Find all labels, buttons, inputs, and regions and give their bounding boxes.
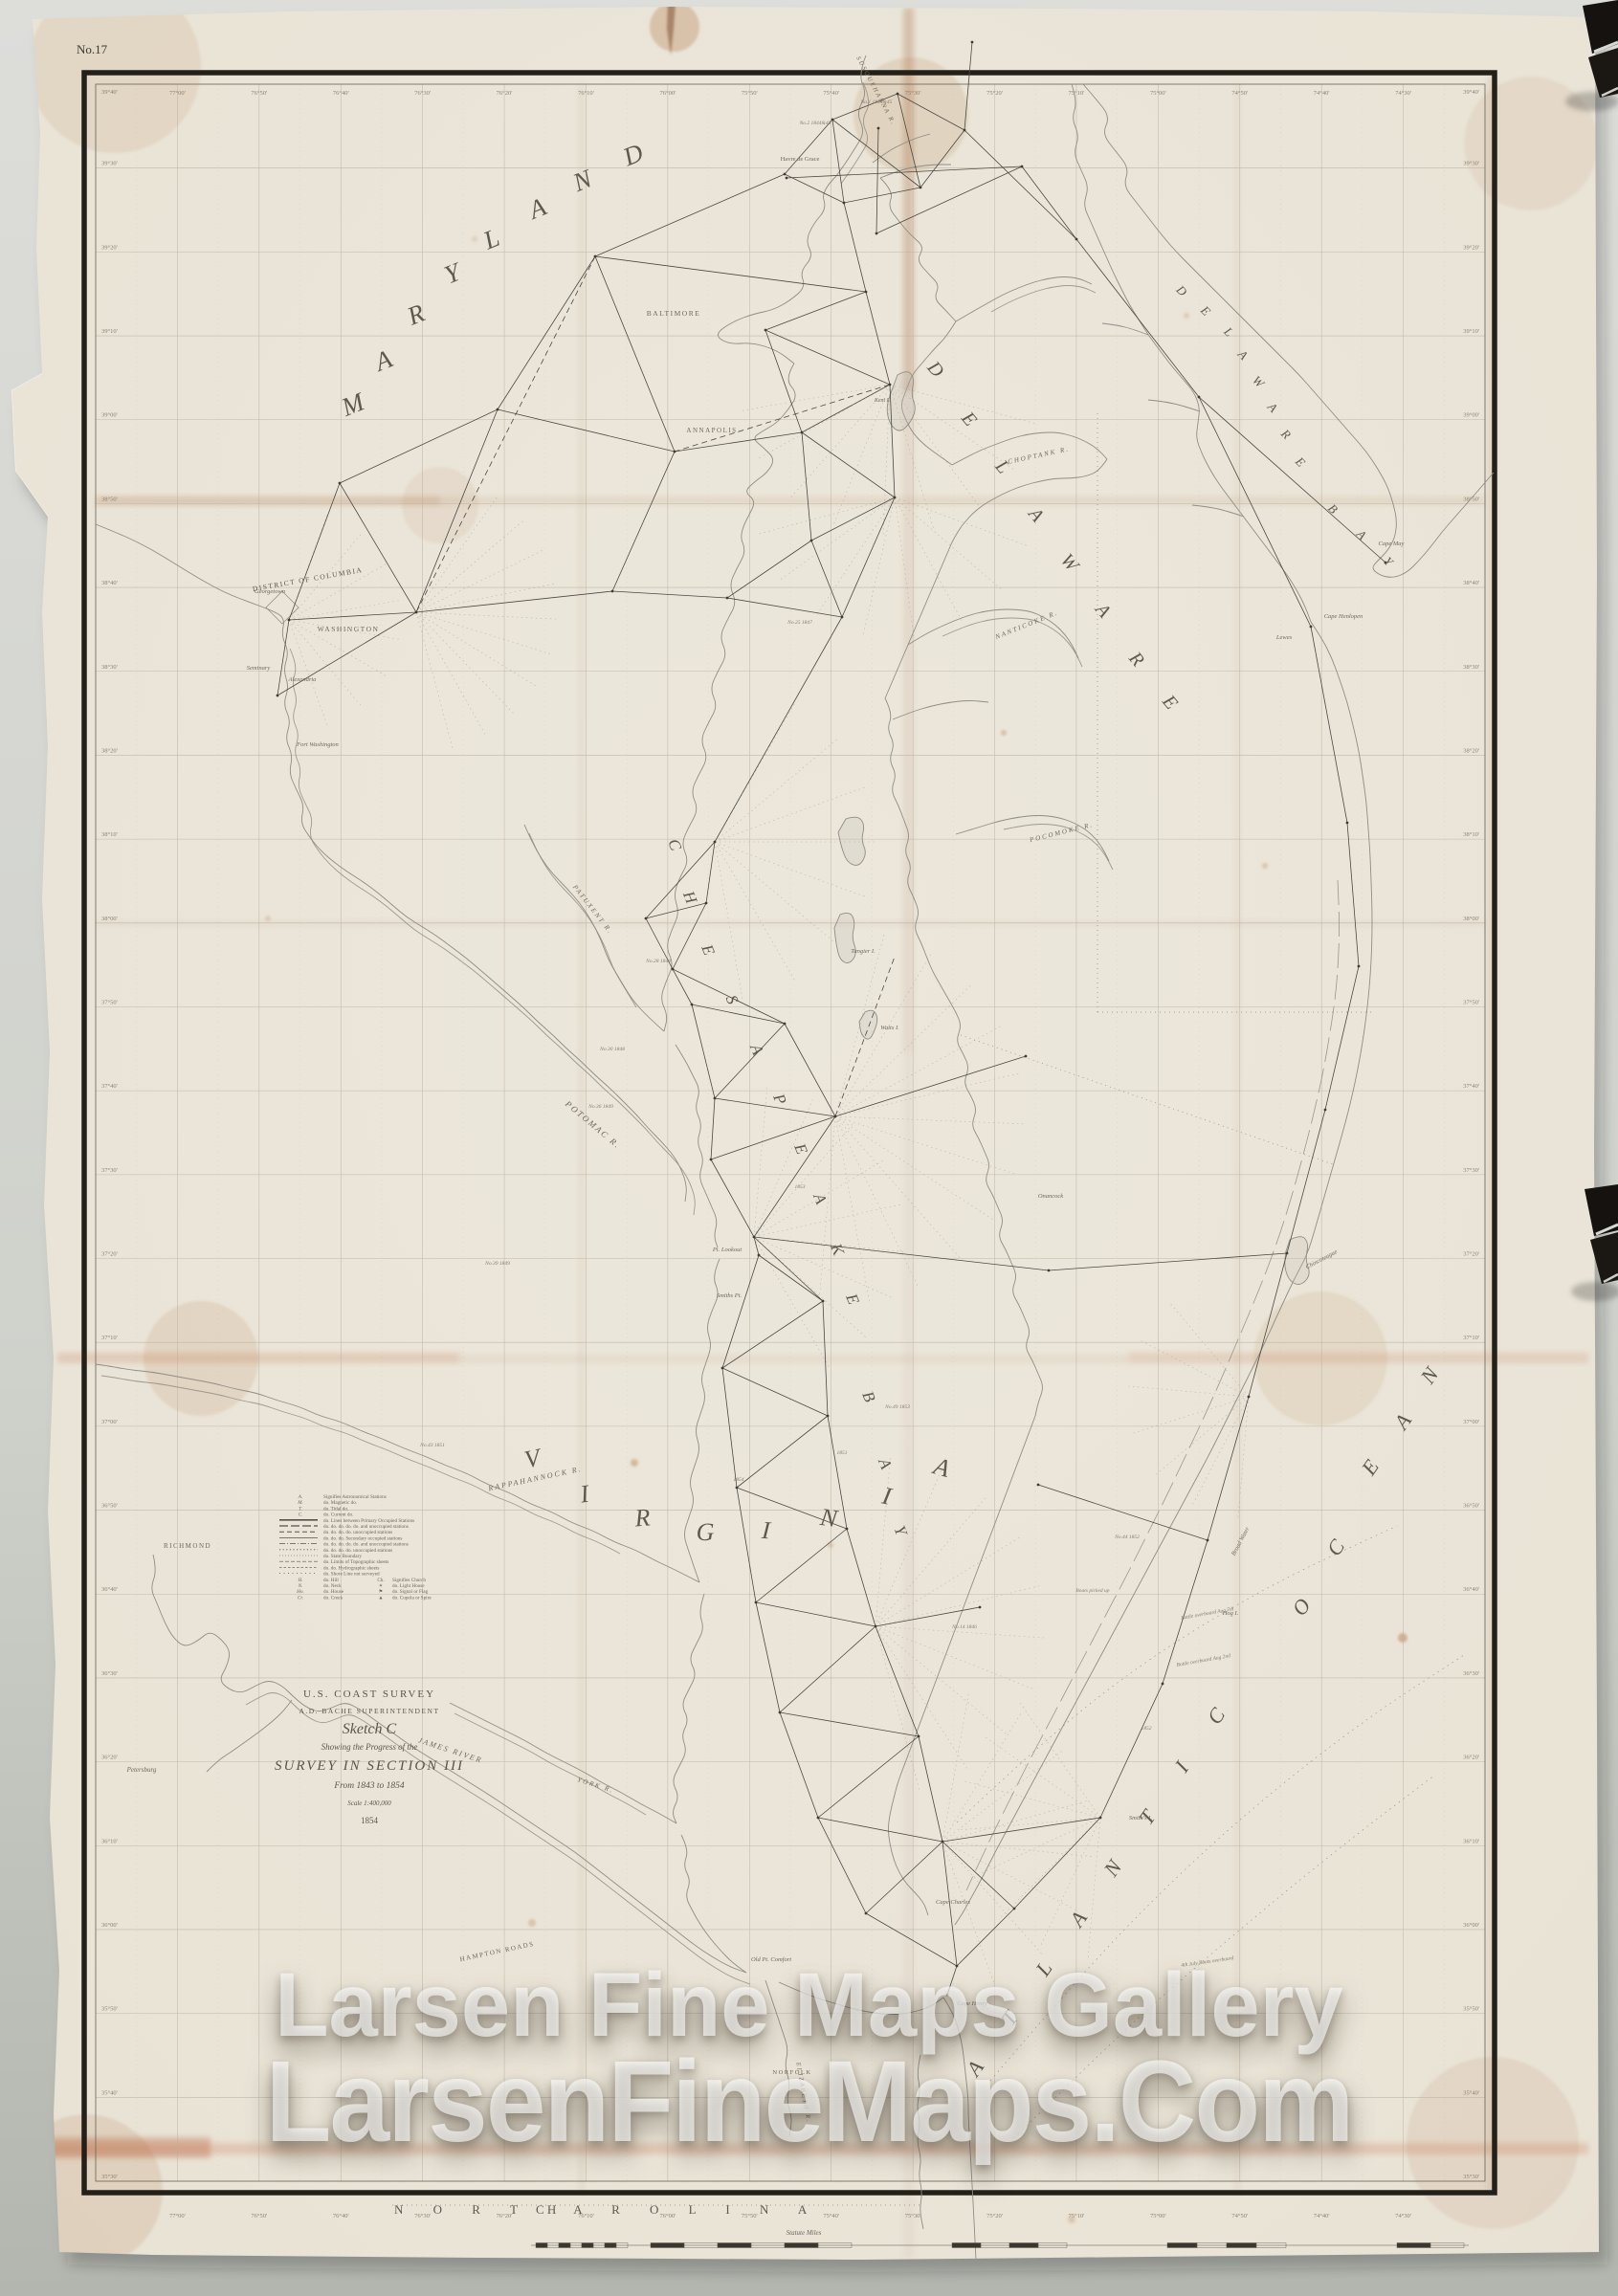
lon-label-top: 74°40' bbox=[1314, 90, 1330, 97]
lon-label-top: 76°50' bbox=[251, 90, 267, 97]
lat-label-right: 37°40' bbox=[1463, 1083, 1479, 1090]
title-superintendent: A.D. BACHE SUPERINTENDENT bbox=[299, 1707, 439, 1715]
lat-label-right: 36°30' bbox=[1463, 1670, 1479, 1677]
drift-note: Boats picked up bbox=[1075, 1588, 1109, 1594]
lat-label-left: 36°20' bbox=[101, 1755, 118, 1761]
place-label: Seminary bbox=[247, 665, 271, 672]
place-label: Kent I. bbox=[874, 398, 890, 404]
place-label: Pt. Lookout bbox=[712, 1247, 743, 1253]
plate-number: No.17 bbox=[77, 42, 108, 56]
svg-text:Signifies Church: Signifies Church bbox=[392, 1577, 426, 1583]
legend-row-text: do. State Boundary bbox=[323, 1554, 362, 1559]
lat-label-right: 37°20' bbox=[1463, 1251, 1479, 1258]
lat-label-left: 39°40' bbox=[101, 89, 118, 96]
lat-label-right: 37°10' bbox=[1463, 1335, 1479, 1341]
place-label: Cape Henlopen bbox=[1324, 613, 1363, 620]
lon-label-bottom: 75°20' bbox=[986, 2213, 1003, 2219]
lat-label-left: 36°10' bbox=[101, 1838, 118, 1844]
legend-row-text: do. do. do. do. do. and unoccupied stati… bbox=[323, 1524, 409, 1530]
svg-text:do. Signal or Flag: do. Signal or Flag bbox=[392, 1589, 429, 1595]
lat-label-right: 38°40' bbox=[1463, 580, 1479, 586]
place-label: WASHINGTON bbox=[318, 625, 380, 633]
place-label: Lewes bbox=[1275, 634, 1293, 641]
place-label: Cape May bbox=[1379, 541, 1405, 547]
lat-label-left: 38°20' bbox=[101, 747, 118, 754]
lat-label-right: 36°40' bbox=[1463, 1586, 1479, 1593]
svg-text:1851: 1851 bbox=[837, 1450, 848, 1456]
lon-label-bottom: 76°40' bbox=[333, 2213, 349, 2219]
lat-label-right: 36°10' bbox=[1463, 1838, 1479, 1844]
svg-text:⚑: ⚑ bbox=[379, 1589, 384, 1595]
svg-text:No.25 1847: No.25 1847 bbox=[787, 619, 812, 626]
lat-label-right: 39°30' bbox=[1463, 161, 1479, 167]
lat-label-right: 39°20' bbox=[1463, 244, 1479, 251]
map-paper-sheet bbox=[11, 7, 1599, 2260]
lon-label-top: 75°00' bbox=[1150, 90, 1166, 97]
lat-label-left: 35°30' bbox=[101, 2174, 118, 2180]
svg-text:▲: ▲ bbox=[378, 1595, 383, 1601]
lat-label-right: 36°00' bbox=[1463, 1922, 1479, 1929]
svg-text:R: R bbox=[632, 1503, 651, 1532]
svg-text:M.: M. bbox=[297, 1500, 303, 1506]
svg-text:No.2 1844&45: No.2 1844&45 bbox=[799, 120, 831, 126]
legend-row-text: do. do. do. do. do. and unoccupied stati… bbox=[323, 1542, 409, 1548]
place-label: Smiths Pt. bbox=[717, 1292, 743, 1299]
lat-label-left: 36°40' bbox=[101, 1586, 118, 1593]
map-photo-svg: 39°40'39°40'39°30'39°30'39°20'39°20'39°1… bbox=[0, 0, 1618, 2296]
lat-label-left: 37°30' bbox=[101, 1167, 118, 1174]
place-label: Old Pt. Comfort bbox=[751, 1956, 791, 1963]
legend-row-text: do. Tidal do. bbox=[323, 1506, 348, 1512]
lat-label-right: 38°00' bbox=[1463, 916, 1479, 922]
lon-label-top: 76°40' bbox=[333, 90, 349, 97]
lat-label-right: 35°30' bbox=[1463, 2174, 1479, 2180]
legend-row-text: do. Neck bbox=[323, 1583, 342, 1589]
title-showing-progress: Showing the Progress of the bbox=[321, 1742, 418, 1752]
lat-label-left: 38°30' bbox=[101, 664, 118, 671]
legend-row-text: do. do. Hydrographic sheets bbox=[323, 1565, 379, 1571]
lon-label-top: 75°30' bbox=[905, 90, 921, 97]
lat-label-right: 39°40' bbox=[1463, 89, 1479, 96]
title-scale: Scale 1:400,000 bbox=[347, 1799, 391, 1807]
lat-label-left: 37°40' bbox=[101, 1083, 118, 1090]
lon-label-top: 76°30' bbox=[414, 90, 431, 97]
svg-text:✶: ✶ bbox=[379, 1583, 383, 1589]
lon-label-top: 76°10' bbox=[578, 90, 594, 97]
title-us-coast-survey: U.S. COAST SURVEY bbox=[303, 1689, 435, 1700]
place-label: Fort Washington bbox=[296, 741, 339, 748]
svg-text:No.39 1849: No.39 1849 bbox=[484, 1260, 510, 1267]
place-label: Havre de Grace bbox=[781, 156, 820, 163]
legend-row-text: do. Hill bbox=[323, 1578, 339, 1583]
title-sketch-c: Sketch C bbox=[343, 1721, 397, 1737]
svg-text:No.49 1853: No.49 1853 bbox=[884, 1403, 910, 1410]
lat-label-left: 35°50' bbox=[101, 2006, 118, 2013]
lat-label-right: 35°40' bbox=[1463, 2089, 1479, 2096]
lon-label-bottom: 75°30' bbox=[905, 2213, 921, 2219]
lon-label-top: 74°50' bbox=[1231, 90, 1248, 97]
lat-label-left: 39°00' bbox=[101, 412, 118, 419]
lat-label-left: 36°30' bbox=[101, 1670, 118, 1677]
lat-label-right: 39°10' bbox=[1463, 328, 1479, 335]
lon-label-top: 76°00' bbox=[659, 90, 676, 97]
lat-label-right: 38°50' bbox=[1463, 496, 1479, 502]
lon-label-top: 74°30' bbox=[1395, 90, 1411, 97]
north-carolina-label: C A R O L I N A bbox=[536, 2202, 820, 2217]
place-label: BALTIMORE bbox=[647, 309, 701, 318]
lat-label-left: 37°20' bbox=[101, 1251, 118, 1258]
svg-text:No.14 1846: No.14 1846 bbox=[951, 1623, 977, 1630]
lon-label-bottom: 75°40' bbox=[823, 2213, 839, 2219]
place-label: Petersburg bbox=[126, 1766, 157, 1774]
svg-text:No.36 1849: No.36 1849 bbox=[587, 1103, 613, 1110]
svg-text:N.: N. bbox=[298, 1583, 303, 1589]
lon-label-bottom: 75°00' bbox=[1150, 2213, 1166, 2219]
lon-label-bottom: 74°50' bbox=[1231, 2213, 1248, 2219]
place-label: Watts I. bbox=[880, 1025, 899, 1031]
legend-row-text: do. Creek bbox=[323, 1595, 344, 1601]
title-survey-in-section: SURVEY IN SECTION III bbox=[275, 1758, 464, 1774]
svg-text:do. Cupola or Spire: do. Cupola or Spire bbox=[392, 1595, 432, 1601]
legend-row-text: do. Current do. bbox=[323, 1512, 353, 1518]
svg-text:T.: T. bbox=[299, 1506, 302, 1512]
lat-label-left: 39°30' bbox=[101, 161, 118, 167]
lat-label-left: 37°10' bbox=[101, 1335, 118, 1341]
lat-label-right: 36°50' bbox=[1463, 1503, 1479, 1510]
place-label: Hog I. bbox=[1222, 1610, 1239, 1617]
lat-label-left: 36°00' bbox=[101, 1922, 118, 1929]
lat-label-left: 39°10' bbox=[101, 328, 118, 335]
lat-label-right: 37°30' bbox=[1463, 1167, 1479, 1174]
title-years: From 1843 to 1854 bbox=[333, 1781, 405, 1791]
place-label: Alexandria bbox=[288, 676, 317, 683]
title-date: 1854 bbox=[361, 1816, 379, 1825]
place-label: Onancock bbox=[1038, 1193, 1063, 1200]
lon-label-bottom: 76°50' bbox=[251, 2213, 267, 2219]
svg-text:A.: A. bbox=[298, 1494, 302, 1500]
lon-label-bottom: 77°00' bbox=[169, 2213, 186, 2219]
lat-label-right: 38°30' bbox=[1463, 664, 1479, 671]
scale-bar-label: Statute Miles bbox=[787, 2229, 822, 2237]
svg-text:do. Light House: do. Light House bbox=[392, 1583, 425, 1589]
lat-label-left: 37°50' bbox=[101, 999, 118, 1005]
lon-label-top: 76°20' bbox=[497, 90, 513, 97]
place-label: NORFOLK bbox=[772, 2069, 811, 2076]
photo-of-antique-coast-survey-map: 39°40'39°40'39°30'39°30'39°20'39°20'39°1… bbox=[0, 0, 1618, 2296]
legend-row-text: do. Magnetic do. bbox=[323, 1500, 357, 1506]
lon-label-top: 75°10' bbox=[1069, 90, 1085, 97]
lon-label-top: 75°40' bbox=[823, 90, 839, 97]
lon-label-top: 77°00' bbox=[169, 90, 186, 97]
lat-label-left: 37°00' bbox=[101, 1419, 118, 1425]
svg-text:Cr.: Cr. bbox=[298, 1595, 303, 1601]
lat-label-left: 38°00' bbox=[101, 916, 118, 922]
place-label: RICHMOND bbox=[164, 1542, 211, 1550]
lat-label-left: 38°10' bbox=[101, 831, 118, 838]
svg-text:No.43 1851: No.43 1851 bbox=[419, 1442, 445, 1448]
lat-label-right: 37°00' bbox=[1463, 1419, 1479, 1425]
svg-text:No.30 1848: No.30 1848 bbox=[599, 1046, 625, 1052]
lon-label-top: 75°50' bbox=[742, 90, 758, 97]
lon-label-bottom: 75°10' bbox=[1069, 2213, 1085, 2219]
place-label: Cape Henry bbox=[957, 2000, 987, 2007]
lon-label-bottom: 74°30' bbox=[1395, 2213, 1411, 2219]
svg-text:Ho.: Ho. bbox=[296, 1589, 304, 1595]
legend-row-text: do. House bbox=[323, 1589, 344, 1595]
lat-label-left: 36°50' bbox=[101, 1503, 118, 1510]
lat-label-left: 35°40' bbox=[101, 2089, 118, 2096]
svg-text:No.44 1852: No.44 1852 bbox=[1114, 1534, 1140, 1540]
lon-label-top: 75°20' bbox=[986, 90, 1003, 97]
svg-text:H.: H. bbox=[297, 1578, 302, 1583]
lat-label-right: 37°50' bbox=[1463, 999, 1479, 1005]
place-label: Cape Charles bbox=[936, 1899, 970, 1906]
legend-row-text: do. do. do. do. unoccupied stations bbox=[323, 1530, 392, 1535]
legend-row-text: Signifies Astronomical Stations bbox=[323, 1493, 387, 1500]
svg-text:1852: 1852 bbox=[1141, 1726, 1152, 1732]
svg-text:No.28 1848: No.28 1848 bbox=[645, 958, 671, 964]
legend-row-text: do. Lines between Primary Occupied Stati… bbox=[323, 1518, 414, 1524]
lat-label-right: 39°00' bbox=[1463, 412, 1479, 419]
svg-text:Ch.: Ch. bbox=[377, 1578, 384, 1583]
svg-text:1853: 1853 bbox=[795, 1184, 806, 1190]
lat-label-right: 35°50' bbox=[1463, 2006, 1479, 2013]
lat-label-left: 39°20' bbox=[101, 244, 118, 251]
legend-row-text: do. Limits of Topographic sheets bbox=[323, 1558, 388, 1565]
svg-text:C.: C. bbox=[299, 1512, 303, 1518]
legend-row-text: do. do. do. do. unoccupied stations bbox=[323, 1548, 392, 1554]
svg-text:G: G bbox=[697, 1518, 715, 1546]
lat-label-right: 36°20' bbox=[1463, 1755, 1479, 1761]
lat-label-right: 38°20' bbox=[1463, 747, 1479, 754]
island bbox=[1285, 1237, 1309, 1285]
lat-label-left: 38°50' bbox=[101, 496, 118, 502]
place-label: ANNAPOLIS bbox=[686, 427, 737, 434]
legend-row-text: do. do. do. Secondary occupied stations bbox=[323, 1535, 402, 1541]
place-label: Tangier I. bbox=[851, 948, 875, 955]
svg-text:1854: 1854 bbox=[734, 1476, 744, 1483]
lon-label-bottom: 74°40' bbox=[1314, 2213, 1330, 2219]
legend-row-text: do. Shore Line not surveyed bbox=[323, 1572, 380, 1578]
lat-label-left: 38°40' bbox=[101, 580, 118, 586]
lat-label-right: 38°10' bbox=[1463, 831, 1479, 838]
